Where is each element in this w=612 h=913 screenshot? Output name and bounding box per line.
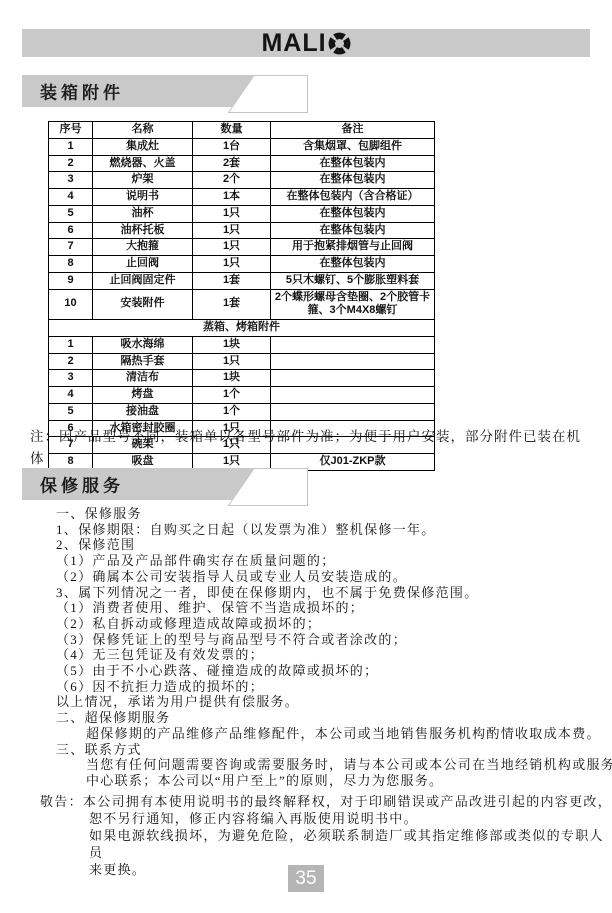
table-row: 4 烤盘 1个 [49, 387, 435, 404]
col-header-index: 序号 [49, 122, 93, 139]
packing-note-line: 注：因产品型号不同，装箱单以各型号部件为准；为便于用户安装，部分附件已装在机体 [30, 426, 592, 469]
warranty-line: 1、保修期限：自购买之日起（以发票为准）整机保修一年。 [0, 522, 612, 538]
table-cell: 2个 [193, 172, 271, 189]
warranty-line: 一、保修服务 [0, 506, 612, 522]
table-row: 3 清洁布 1块 [49, 370, 435, 387]
warranty-line: 2、保修范围 [0, 537, 612, 553]
warranty-line: （6）因不抗拒力造成的损坏的； [0, 679, 612, 695]
table-cell: 在整体包装内 [271, 172, 435, 189]
table-cell: 9 [49, 272, 93, 289]
notice-line: 恕不另行通知，修正内容将编入再版使用说明书中。 [0, 810, 612, 827]
warranty-line: 当您有任何问题需要咨询或需要服务时，请与本公司或本公司在当地经销机构或服务 [0, 757, 612, 773]
table-cell: 1 [49, 138, 93, 155]
table-cell: 说明书 [93, 189, 193, 206]
table-cell: 10 [49, 289, 93, 320]
col-header-remark: 备注 [271, 122, 435, 139]
table-row: 8 止回阀 1只 在整体包装内 [49, 256, 435, 273]
table-cell: 大抱箍 [93, 239, 193, 256]
table-cell: 1块 [193, 370, 271, 387]
table-cell: 1只 [193, 353, 271, 370]
warranty-line: 二、超保修期服务 [0, 710, 612, 726]
table-cell: 止回阀固定件 [93, 272, 193, 289]
table-cell: 油杯托板 [93, 222, 193, 239]
table-cell: 含集烟罩、包脚组件 [271, 138, 435, 155]
section-title-warranty: 保修服务 [40, 472, 124, 497]
col-header-qty: 数量 [193, 122, 271, 139]
table-cell: 清洁布 [93, 370, 193, 387]
table-cell: 4 [49, 387, 93, 404]
table-cell: 2 [49, 155, 93, 172]
brand-logo: MALI [261, 31, 350, 56]
table-cell: 在整体包装内 [271, 256, 435, 273]
table-cell: 1套 [193, 289, 271, 320]
table-cell: 3 [49, 370, 93, 387]
table-cell: 燃烧器、火盖 [93, 155, 193, 172]
table-cell: 隔热手套 [93, 353, 193, 370]
warranty-line: 三、联系方式 [0, 742, 612, 758]
table-cell: 接油盘 [93, 403, 193, 420]
table-cell: 5 [49, 403, 93, 420]
table-cell: 2个蝶形螺母含垫圈、2个胶管卡箍、3个M4X8螺钉 [271, 289, 435, 320]
warranty-line: （1）产品及产品部件确实存在质量问题的； [0, 553, 612, 569]
table-cell: 在整体包装内（含合格证） [271, 189, 435, 206]
table-cell: 1个 [193, 387, 271, 404]
table-cell: 1只 [193, 205, 271, 222]
table-header-row: 序号 名称 数量 备注 [49, 122, 435, 139]
section-header-warranty: 保修服务 [22, 468, 308, 500]
col-header-name: 名称 [93, 122, 193, 139]
warranty-line: 3、属下列情况之一者，即使在保修期内，也不属于免费保修范围。 [0, 585, 612, 601]
warranty-line: （2）私自拆动或修理造成故障或损坏的； [0, 616, 612, 632]
table-row: 6 油杯托板 1只 在整体包装内 [49, 222, 435, 239]
table-row: 5 油杯 1只 在整体包装内 [49, 205, 435, 222]
table-row: 2 隔热手套 1只 [49, 353, 435, 370]
header-wedge-decoration [228, 75, 308, 118]
table-cell: 2套 [193, 155, 271, 172]
table-row: 3 炉架 2个 在整体包装内 [49, 172, 435, 189]
table-cell: 6 [49, 222, 93, 239]
brand-banner: MALI [22, 29, 590, 57]
table-row: 1 吸水海绵 1块 [49, 336, 435, 353]
table-cell [271, 370, 435, 387]
table-cell: 止回阀 [93, 256, 193, 273]
warranty-line: （3）保修凭证上的型号与商品型号不符合或者涂改的； [0, 632, 612, 648]
warranty-line: 中心联系；本公司以“用户至上”的原则，尽力为您服务。 [0, 773, 612, 789]
warranty-line: 以上情况，承诺为用户提供有偿服务。 [0, 694, 612, 710]
table-cell: 4 [49, 189, 93, 206]
table-cell: 8 [49, 256, 93, 273]
notice-line: 敬告：本公司拥有本使用说明书的最终解释权，对于印刷错误或产品改进引起的内容更改， [0, 793, 612, 810]
warranty-line: 超保修期的产品维修产品维修配件，本公司或当地销售服务机构酌情收取成本费。 [0, 726, 612, 742]
table-cell [271, 403, 435, 420]
table-cell: 在整体包装内 [271, 155, 435, 172]
brand-logo-text: MALI [261, 31, 326, 56]
warranty-line: （1）消费者使用、维护、保管不当造成损坏的； [0, 600, 612, 616]
table-row: 4 说明书 1本 在整体包装内（含合格证） [49, 189, 435, 206]
table-cell: 炉架 [93, 172, 193, 189]
table-cell: 烤盘 [93, 387, 193, 404]
section-title-packing: 装箱附件 [40, 79, 124, 104]
table-cell: 5 [49, 205, 93, 222]
warranty-line: （2）确属本公司安装指导人员或专业人员安装造成的。 [0, 569, 612, 585]
packing-list-table: 序号 名称 数量 备注 1 集成灶 1台 含集烟罩、包脚组件 2 燃烧器、火盖 … [48, 121, 435, 471]
table-cell: 1只 [193, 256, 271, 273]
table-section-row: 蒸箱、烤箱附件 [49, 320, 435, 337]
warranty-line: （5）由于不小心跌落、碰撞造成的故障或损坏的； [0, 663, 612, 679]
table-cell: 1个 [193, 403, 271, 420]
table-row: 9 止回阀固定件 1套 5只木螺钉、5个膨胀塑料套 [49, 272, 435, 289]
table-cell: 1本 [193, 189, 271, 206]
table-cell [271, 353, 435, 370]
table-cell: 吸水海绵 [93, 336, 193, 353]
table-cell: 在整体包装内 [271, 205, 435, 222]
table-cell: 用于抱紧排烟管与止回阀 [271, 239, 435, 256]
table-section-title: 蒸箱、烤箱附件 [49, 320, 435, 337]
table-cell [271, 336, 435, 353]
table-cell: 2 [49, 353, 93, 370]
notice-line: 如果电源软线损坏，为避免危险，必须联系制造厂或其指定维修部或类似的专职人员 [0, 827, 612, 861]
table-row: 10 安装附件 1套 2个蝶形螺母含垫圈、2个胶管卡箍、3个M4X8螺钉 [49, 289, 435, 320]
header-wedge-decoration [228, 468, 308, 511]
warranty-line: （4）无三包凭证及有效发票的； [0, 647, 612, 663]
table-cell: 1只 [193, 222, 271, 239]
table-cell [271, 387, 435, 404]
table-cell: 集成灶 [93, 138, 193, 155]
table-cell: 1套 [193, 272, 271, 289]
table-row: 2 燃烧器、火盖 2套 在整体包装内 [49, 155, 435, 172]
table-cell: 1 [49, 336, 93, 353]
table-cell: 1块 [193, 336, 271, 353]
section-header-packing: 装箱附件 [22, 75, 308, 107]
table-cell: 油杯 [93, 205, 193, 222]
table-cell: 7 [49, 239, 93, 256]
table-row: 1 集成灶 1台 含集烟罩、包脚组件 [49, 138, 435, 155]
table-cell: 安装附件 [93, 289, 193, 320]
table-cell: 3 [49, 172, 93, 189]
table-row: 5 接油盘 1个 [49, 403, 435, 420]
segmented-ring-icon [328, 31, 351, 55]
page-number: 35 [288, 865, 324, 892]
table-cell: 在整体包装内 [271, 222, 435, 239]
table-cell: 1台 [193, 138, 271, 155]
warranty-text-block: 一、保修服务 1、保修期限：自购买之日起（以发票为准）整机保修一年。 2、保修范… [0, 506, 612, 789]
table-cell: 1只 [193, 239, 271, 256]
table-cell: 5只木螺钉、5个膨胀塑料套 [271, 272, 435, 289]
table-row: 7 大抱箍 1只 用于抱紧排烟管与止回阀 [49, 239, 435, 256]
